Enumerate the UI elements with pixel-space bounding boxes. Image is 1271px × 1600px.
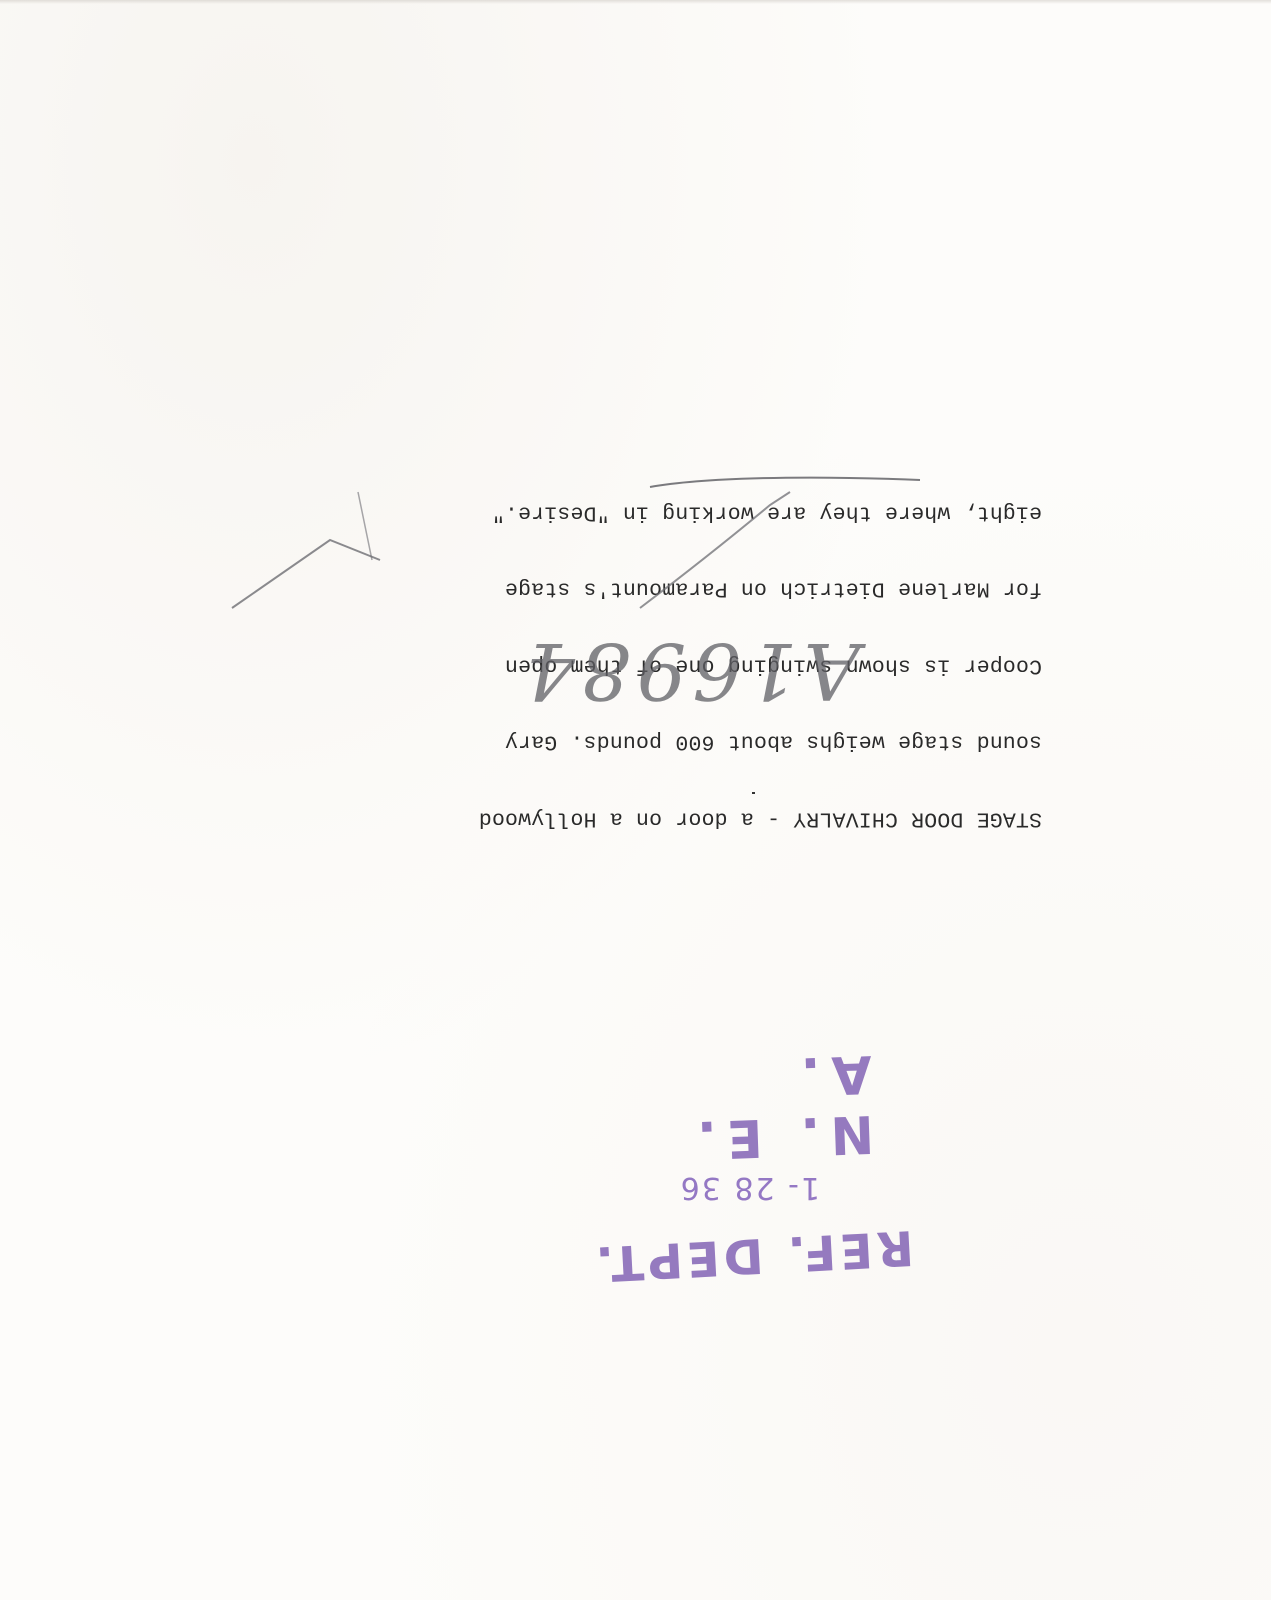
reference-stamp: REF. DEPT. 1- 28 36 N. E. A. [585,1085,915,1275]
caption-line: eight, where they are working in "Desire… [342,499,1042,525]
photo-back-page: STAGE DOOR CHIVALRY - a door on a Hollyw… [0,0,1271,1600]
stamp-department: REF. DEPT. [591,1219,915,1292]
caption-line: for Marlene Dietrich on Paramount's stag… [342,576,1042,602]
stamp-organization: N. E. A. [581,1043,875,1173]
paper-edge [0,0,1271,4]
caption-line: sound stage weighs about 600 pounds. Gar… [342,729,1042,755]
stamp-date: 1- 28 36 [679,1170,820,1205]
ink-speck [752,792,755,794]
handwritten-reference-number: A16984 [600,610,860,730]
caption-line: STAGE DOOR CHIVALRY - a door on a Hollyw… [342,805,1042,831]
